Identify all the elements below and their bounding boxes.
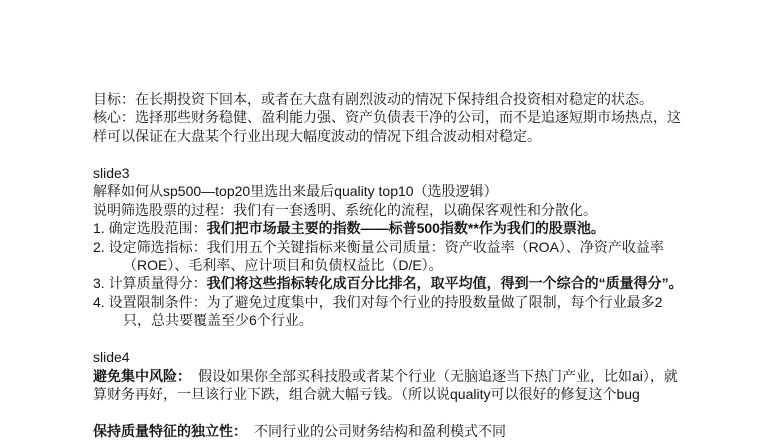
text-run: 避免集中风险： <box>93 368 184 384</box>
text-line: 2. 设定筛选指标：我们用五个关键指标来衡量公司质量：资产收益率（ROA）、净资… <box>93 238 753 256</box>
text-run: 样可以保证在大盘某个行业出现大幅度波动的情况下组合波动相对稳定。 <box>93 128 541 144</box>
document-page: 目标：在长期投资下回本，或者在大盘有剧烈波动的情况下保持组合投资相对稳定的状态。… <box>93 90 753 440</box>
blank-line <box>93 145 753 163</box>
text-run: （ROE）、毛利率、应计项目和负债权益比（D/E）。 <box>123 257 443 273</box>
text-line: 说明筛选股票的过程：我们有一套透明、系统化的流程，以确保客观性和分散化。 <box>93 201 753 219</box>
text-run: slide3 <box>93 165 130 181</box>
text-line: 目标：在长期投资下回本，或者在大盘有剧烈波动的情况下保持组合投资相对稳定的状态。 <box>93 90 753 108</box>
text-line: 核心：选择那些财务稳健、盈利能力强、资产负债表干净的公司，而不是追逐短期市场热点… <box>93 108 753 126</box>
text-line: 样可以保证在大盘某个行业出现大幅度波动的情况下组合波动相对稳定。 <box>93 127 753 145</box>
text-line: 解释如何从sp500—top20里选出来最后quality top10（选股逻辑… <box>93 182 753 200</box>
text-line: 4. 设置限制条件：为了避免过度集中，我们对每个行业的持股数量做了限制，每个行业… <box>93 293 753 311</box>
text-run: 算财务再好，一旦该行业下跌，组合就大幅亏钱。（所以说quality可以很好的修复… <box>93 386 640 402</box>
text-run: 2. 设定筛选指标：我们用五个关键指标来衡量公司质量：资产收益率（ROA）、净资… <box>93 239 664 255</box>
text-run: 1. 确定选股范围： <box>93 220 207 236</box>
text-run: 3. 计算质量得分： <box>93 275 207 291</box>
text-line: 避免集中风险： 假设如果你全部买科技股或者某个行业（无脑追逐当下热门产业，比如a… <box>93 367 753 385</box>
text-run: 保持质量特征的独立性： <box>93 423 240 439</box>
blank-line <box>93 330 753 348</box>
text-run: 4. 设置限制条件：为了避免过度集中，我们对每个行业的持股数量做了限制，每个行业… <box>93 294 662 310</box>
text-run: slide4 <box>93 349 130 365</box>
text-run: 解释如何从sp500—top20里选出来最后quality top10（选股逻辑… <box>93 183 498 199</box>
text-line: 只，总共要覆盖至少6个行业。 <box>93 311 753 329</box>
text-run: 假设如果你全部买科技股或者某个行业（无脑追逐当下热门产业，比如ai），就 <box>184 368 678 384</box>
blank-line <box>93 403 753 421</box>
text-run: 不同行业的公司财务结构和盈利模式不同 <box>240 423 506 439</box>
text-run: 目标：在长期投资下回本，或者在大盘有剧烈波动的情况下保持组合投资相对稳定的状态。 <box>93 91 653 107</box>
text-run: 说明筛选股票的过程：我们有一套透明、系统化的流程，以确保客观性和分散化。 <box>93 202 597 218</box>
text-line: 1. 确定选股范围：我们把市场最主要的指数——标普500指数**作为我们的股票池… <box>93 219 753 237</box>
text-run: 只，总共要覆盖至少6个行业。 <box>123 312 313 328</box>
text-line: slide3 <box>93 164 753 182</box>
text-line: 算财务再好，一旦该行业下跌，组合就大幅亏钱。（所以说quality可以很好的修复… <box>93 385 753 403</box>
text-run: 核心：选择那些财务稳健、盈利能力强、资产负债表干净的公司，而不是追逐短期市场热点… <box>93 109 681 125</box>
text-run: 我们将这些指标转化成百分比排名，取平均值，得到一个综合的“质量得分”。 <box>207 275 683 291</box>
text-line: 3. 计算质量得分：我们将这些指标转化成百分比排名，取平均值，得到一个综合的“质… <box>93 274 753 292</box>
text-line: 保持质量特征的独立性： 不同行业的公司财务结构和盈利模式不同 <box>93 422 753 440</box>
text-run: 我们把市场最主要的指数——标普500指数**作为我们的股票池。 <box>207 220 605 236</box>
document-body: 目标：在长期投资下回本，或者在大盘有剧烈波动的情况下保持组合投资相对稳定的状态。… <box>93 90 753 440</box>
text-line: （ROE）、毛利率、应计项目和负债权益比（D/E）。 <box>93 256 753 274</box>
text-line: slide4 <box>93 348 753 366</box>
